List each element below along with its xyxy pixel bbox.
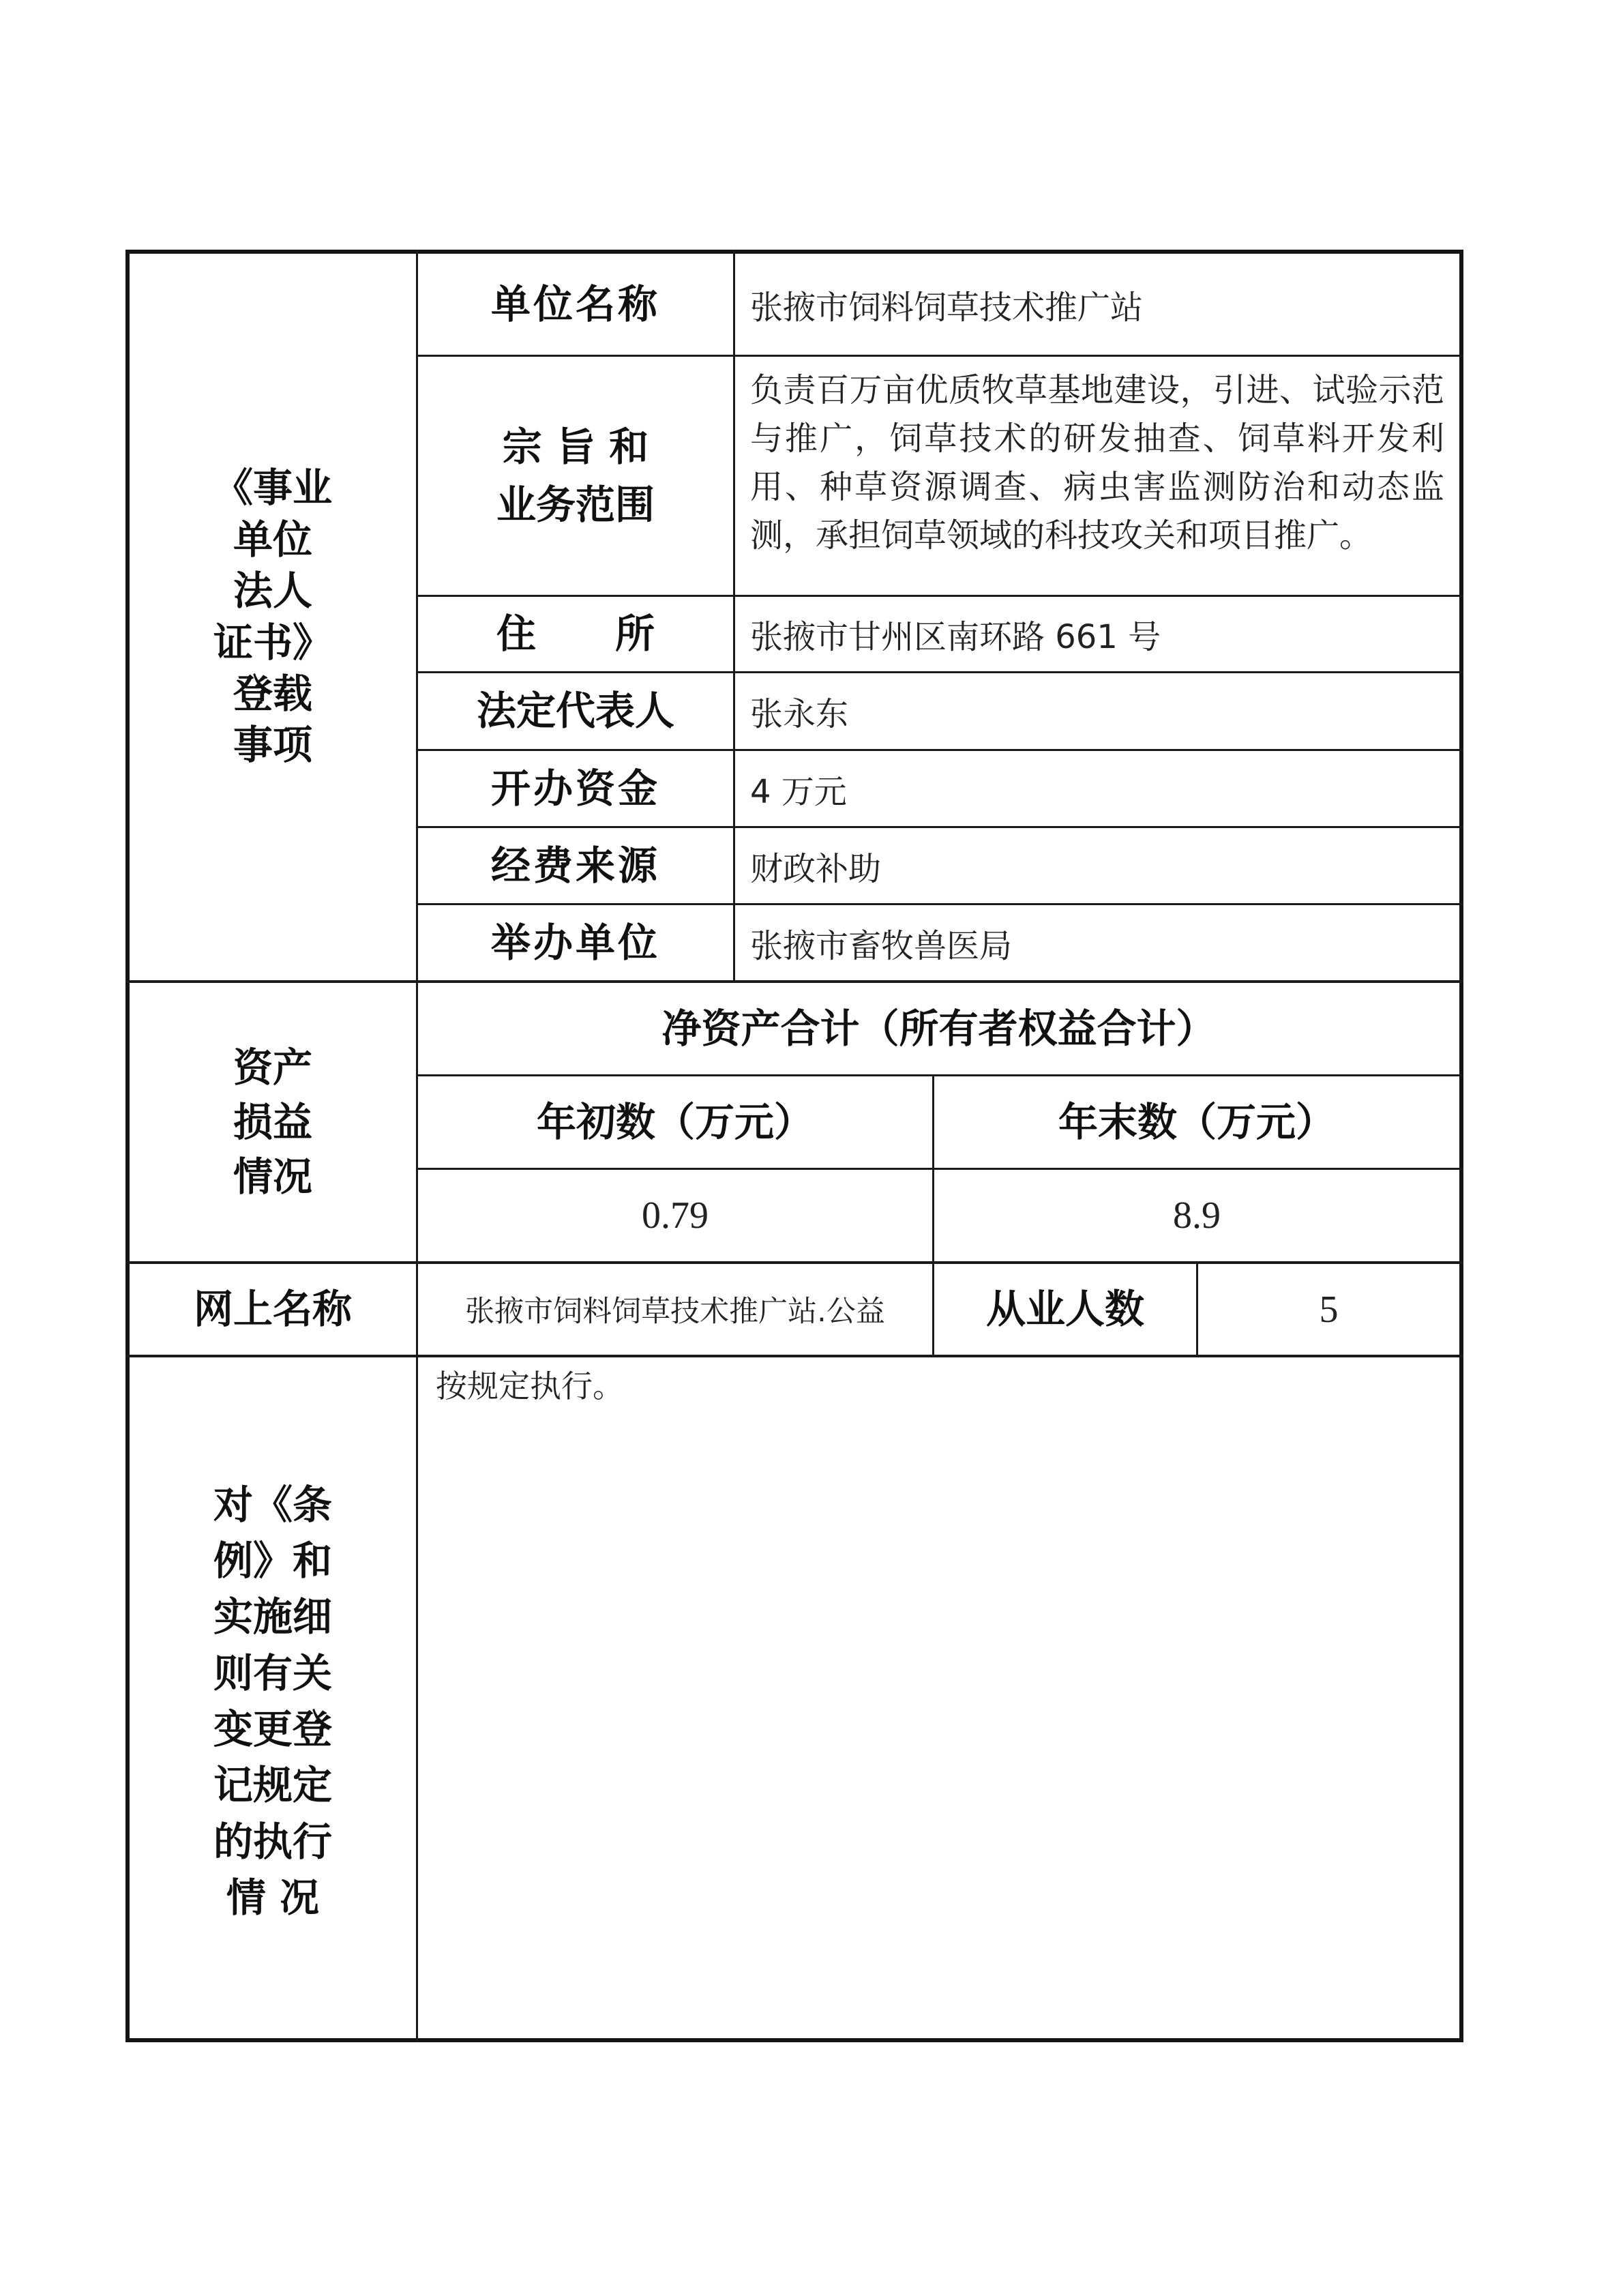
address-value: 张掖市甘州区南环路 661 号 [735,597,1459,671]
year-begin-header: 年初数（万元） [418,1076,932,1168]
side-label-line: 证书》 [213,617,332,668]
net-assets-header: 净资产合计（所有者权益合计） [418,983,1459,1074]
side-label-line: 例》和 [213,1533,332,1589]
address-label: 住 所 [418,597,733,671]
side-label-line: 则有关 [213,1645,332,1701]
side-label-line: 事项 [233,720,312,771]
side-label-line: 情况 [233,1149,312,1204]
funding-source-label: 经费来源 [418,828,733,903]
purpose-label-line: 宗 旨 和 [503,418,649,475]
side-label-line: 的执行 [213,1814,332,1870]
side-label-line: 记规定 [213,1757,332,1813]
side-label-line: 《事业 [213,462,332,514]
side-label-line: 实施细 [213,1589,332,1645]
unit-name-value: 张掖市饲料饲草技术推广站 [735,254,1459,355]
annual-report-page: 《事业 单位 法人 证书》 登载 事项 单位名称 张掖市饲料饲草技术推广站 宗 … [0,0,1623,2296]
online-name-label: 网上名称 [130,1264,416,1355]
sponsor-unit-value: 张掖市畜牧兽医局 [735,905,1459,980]
staff-count-value: 5 [1198,1264,1459,1355]
purpose-scope-value: 负责百万亩优质牧草基地建设，引进、试验示范与推广，饲草技术的研发抽查、饲草料开发… [735,357,1459,595]
side-label-line: 损益 [233,1095,312,1149]
compliance-section-label: 对《条 例》和 实施细 则有关 变更登 记规定 的执行 情 况 [130,1357,416,2038]
side-label-line: 变更登 [213,1701,332,1757]
side-label-line: 资产 [233,1040,312,1095]
side-label-line: 法人 [233,565,312,617]
assets-section-label: 资产 损益 情况 [130,983,416,1261]
registration-section-label: 《事业 单位 法人 证书》 登载 事项 [130,254,416,980]
side-label-line: 单位 [233,514,312,565]
staff-count-label: 从业人数 [934,1264,1196,1355]
unit-name-label: 单位名称 [418,254,733,355]
legal-representative-label: 法定代表人 [418,673,733,749]
side-label-line: 情 况 [226,1870,319,1926]
compliance-value: 按规定执行。 [418,1357,1459,2038]
year-end-value: 8.9 [934,1170,1459,1261]
purpose-label-line: 业务范围 [496,476,655,533]
funding-source-value: 财政补助 [735,828,1459,903]
side-label-line: 对《条 [213,1477,332,1533]
sponsor-unit-label: 举办单位 [418,905,733,980]
start-capital-value: 4 万元 [735,751,1459,826]
year-begin-value: 0.79 [418,1170,932,1261]
purpose-scope-label: 宗 旨 和 业务范围 [418,357,733,595]
legal-representative-value: 张永东 [735,673,1459,749]
start-capital-label: 开办资金 [418,751,733,826]
online-name-value: 张掖市饲料饲草技术推广站.公益 [418,1264,932,1355]
year-end-header: 年末数（万元） [934,1076,1459,1168]
side-label-line: 登载 [233,668,312,720]
